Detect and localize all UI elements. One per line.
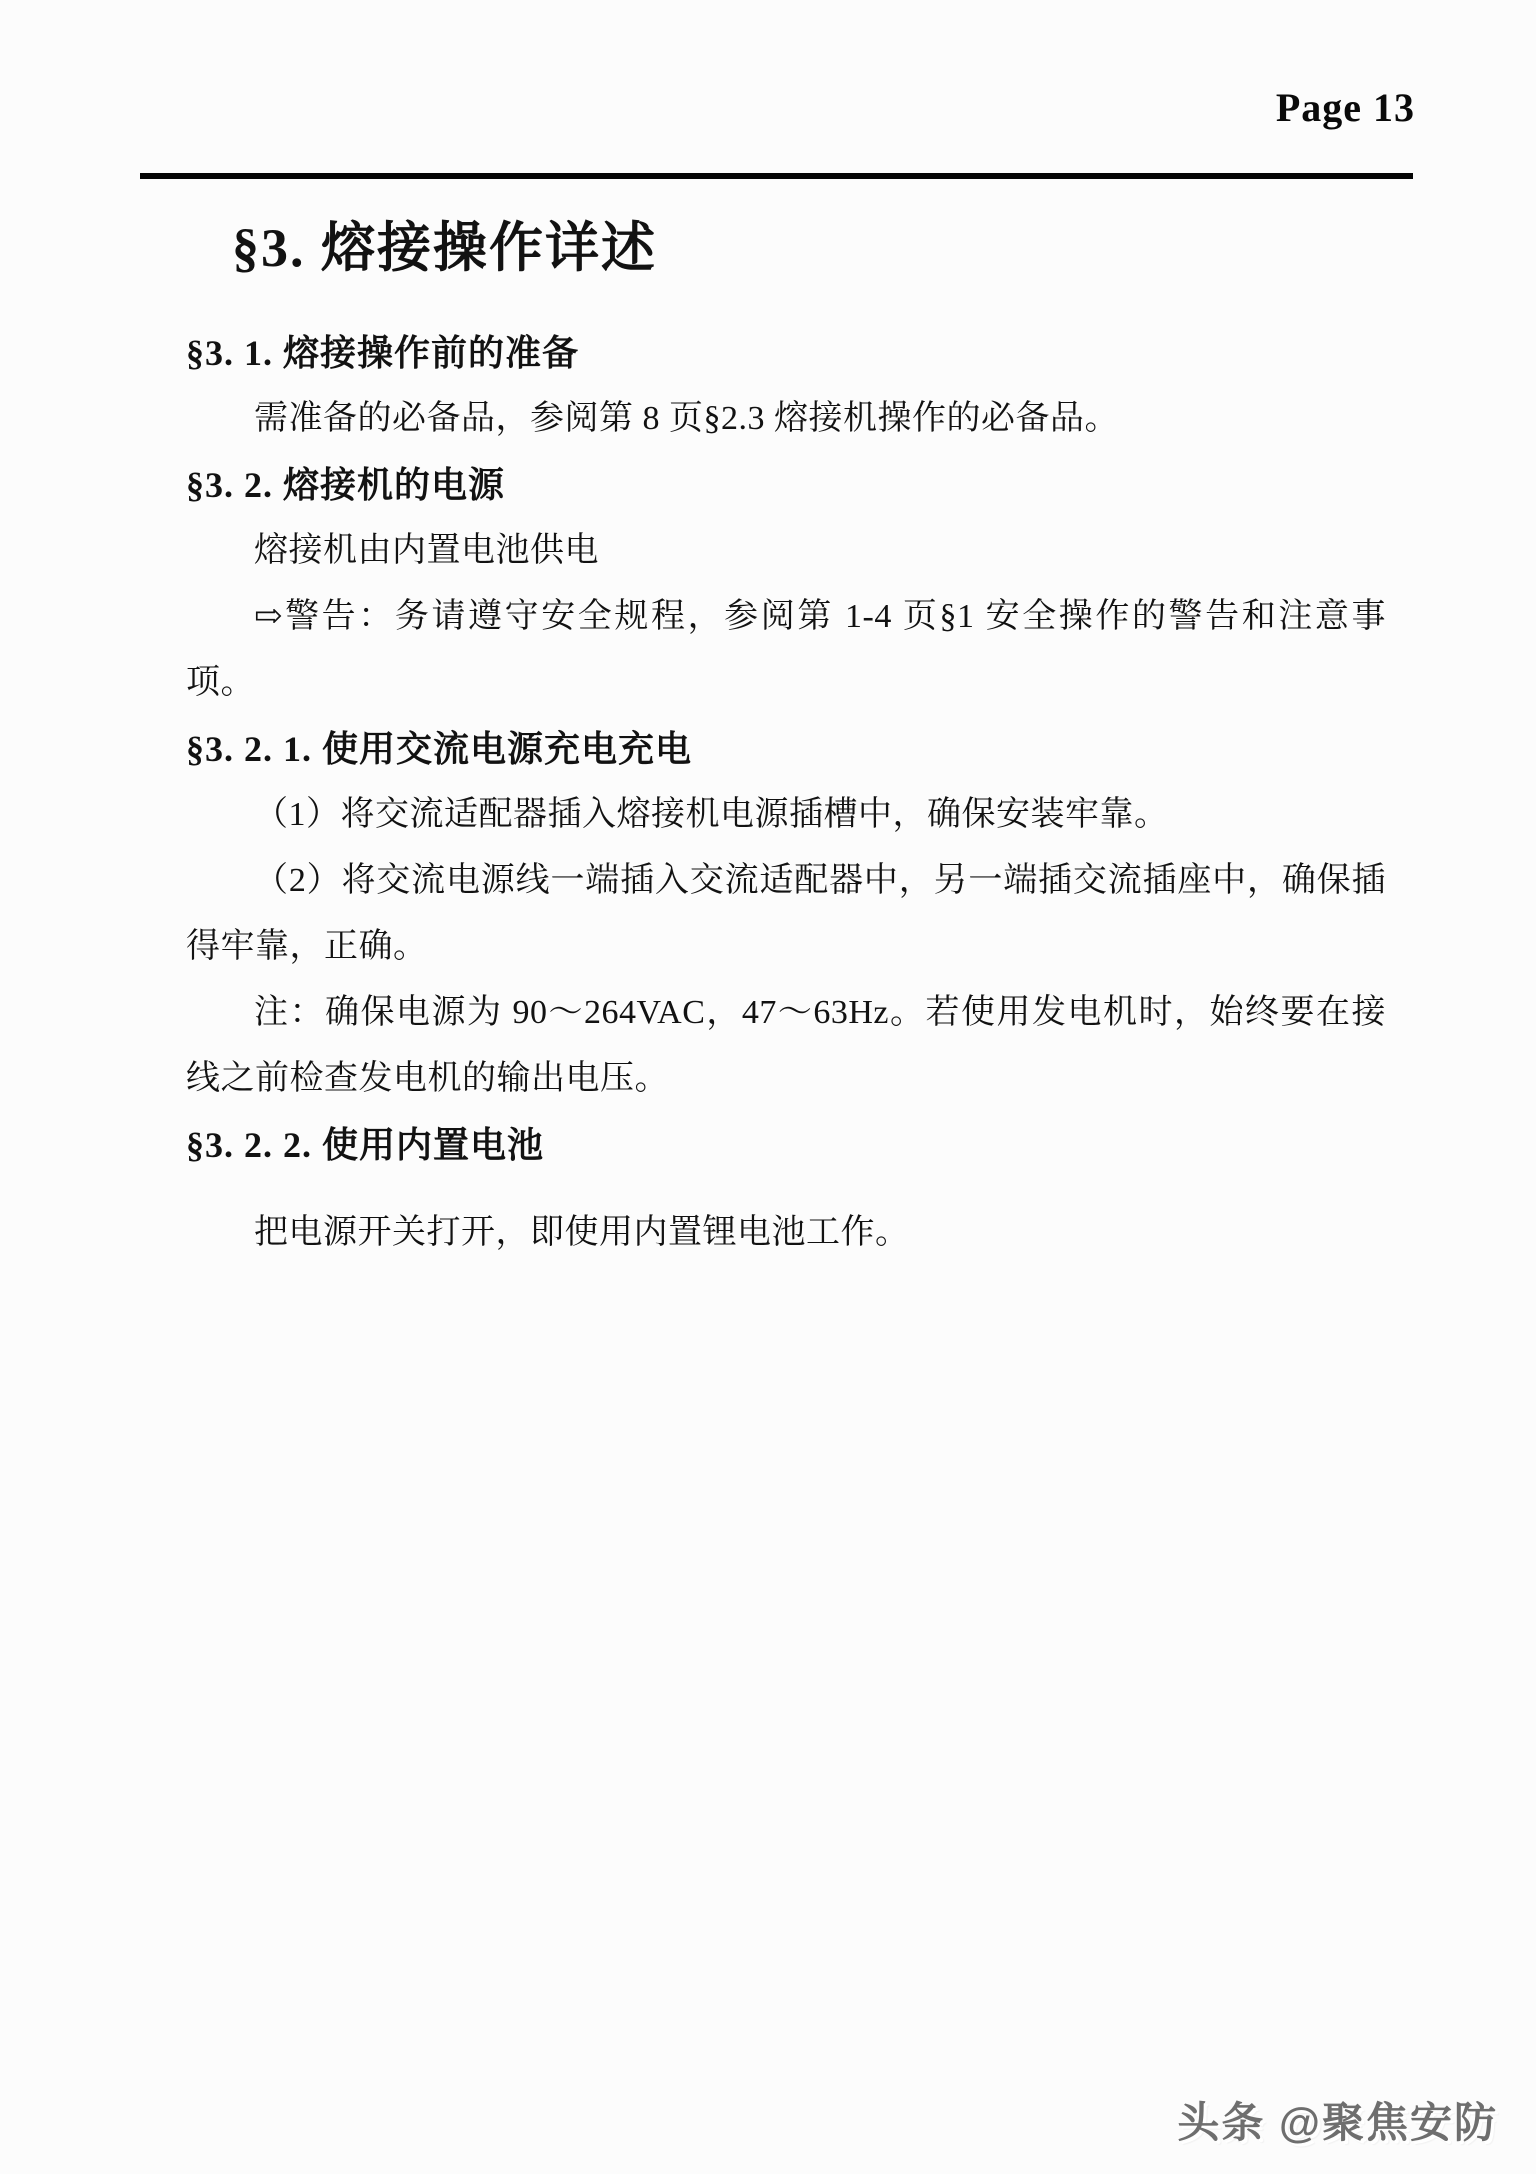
right-arrow-icon: ⇨ bbox=[254, 598, 283, 635]
header-divider bbox=[140, 173, 1413, 179]
warning-text: 警告：务请遵守安全规程，参阅第 1-4 页§1 安全操作的警告和注意事项。 bbox=[186, 598, 1386, 701]
paragraph-internal-battery: 把电源开关打开，即使用内置锂电池工作。 bbox=[186, 1200, 1386, 1266]
section-heading-3-2-1: §3. 2. 1. 使用交流电源充电充电 bbox=[186, 716, 1386, 782]
paragraph-power-source: 熔接机由内置电池供电 bbox=[186, 518, 1386, 584]
paragraph-preparation: 需准备的必备品，参阅第 8 页§2.3 熔接机操作的必备品。 bbox=[186, 386, 1386, 452]
section-heading-3-2-2: §3. 2. 2. 使用内置电池 bbox=[186, 1112, 1386, 1178]
section-heading-3-2: §3. 2. 熔接机的电源 bbox=[186, 452, 1386, 518]
page-content: §3. 熔接操作详述 §3. 1. 熔接操作前的准备 需准备的必备品，参阅第 8… bbox=[186, 212, 1386, 1266]
page-number: Page 13 bbox=[1276, 84, 1415, 131]
document-page: Page 13 §3. 熔接操作详述 §3. 1. 熔接操作前的准备 需准备的必… bbox=[0, 0, 1536, 2174]
section-heading-3-1: §3. 1. 熔接操作前的准备 bbox=[186, 320, 1386, 386]
paragraph-step-2: （2）将交流电源线一端插入交流适配器中，另一端插交流插座中，确保插得牢靠，正确。 bbox=[186, 848, 1386, 980]
paragraph-step-1: （1）将交流适配器插入熔接机电源插槽中，确保安装牢靠。 bbox=[186, 782, 1386, 848]
paragraph-warning: ⇨警告：务请遵守安全规程，参阅第 1-4 页§1 安全操作的警告和注意事项。 bbox=[186, 584, 1386, 716]
watermark: 头条 @聚焦安防 bbox=[1177, 2090, 1498, 2150]
paragraph-voltage-note: 注：确保电源为 90～264VAC，47～63Hz。若使用发电机时，始终要在接线… bbox=[186, 980, 1386, 1112]
document-title: §3. 熔接操作详述 bbox=[232, 212, 1386, 284]
